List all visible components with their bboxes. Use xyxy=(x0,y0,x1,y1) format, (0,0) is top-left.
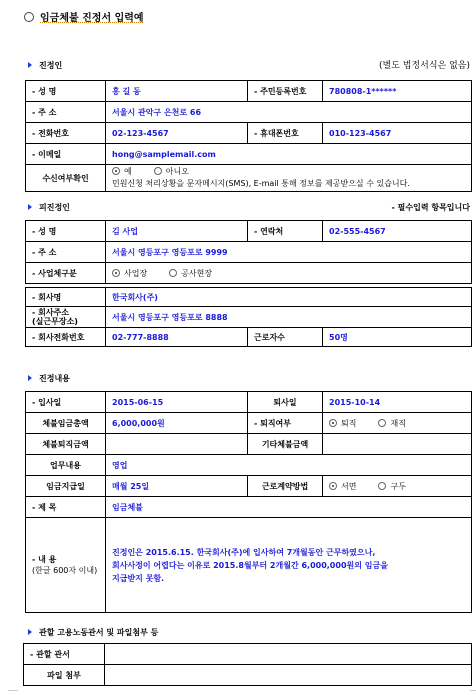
radio-checked-icon xyxy=(112,269,120,277)
hire-date-field[interactable]: 2015-06-15 xyxy=(106,392,248,413)
circle-bullet-icon xyxy=(24,12,34,22)
company-phone-label: - 회사전화번호 xyxy=(26,328,106,347)
unpaid-total-field[interactable]: 6,000,000원 xyxy=(106,413,248,434)
name-field[interactable]: 홍 길 동 xyxy=(106,81,248,102)
phone-field[interactable]: 02-123-4567 xyxy=(106,123,248,144)
other-unpaid-label: 기타체불금액 xyxy=(248,434,323,455)
content-field[interactable]: 진정인은 2015.6.15. 한국회사(주)에 입사하여 7개월동안 근무하였… xyxy=(106,518,472,613)
radio-unchecked-icon xyxy=(378,482,386,490)
section-details: 진정내용 xyxy=(28,373,70,384)
content-label: - 내 용(한글 600자 이내) xyxy=(26,518,106,613)
severance-field[interactable] xyxy=(106,434,248,455)
contract-label: 근로계약방법 xyxy=(248,476,323,497)
company-table: - 회사명 한국회사(주) - 회사주소(실근무장소) 서울시 영등포구 영등포… xyxy=(25,287,472,347)
resp-contact-label: - 연락처 xyxy=(248,221,323,242)
details-table: - 입사일 2015-06-15 퇴사일 2015-10-14 체불임금총액 6… xyxy=(25,391,472,613)
company-phone-field[interactable]: 02-777-8888 xyxy=(106,328,248,347)
leave-date-field[interactable]: 2015-10-14 xyxy=(323,392,472,413)
email-field[interactable]: hong@samplemail.com xyxy=(106,144,472,165)
rrn-field[interactable]: 780808-1****** xyxy=(323,81,472,102)
office-field[interactable] xyxy=(105,644,472,665)
radio-unchecked-icon xyxy=(154,167,162,175)
email-label: - 이메일 xyxy=(26,144,106,165)
office-label: - 관할 관서 xyxy=(24,644,105,665)
triangle-bullet-icon xyxy=(28,629,32,635)
workers-field[interactable]: 50명 xyxy=(323,328,472,347)
unpaid-total-label: 체불임금총액 xyxy=(26,413,106,434)
retired-yes-radio[interactable]: 퇴직 xyxy=(329,419,356,428)
office-table: - 관할 관서 파일 첨부 xyxy=(23,643,472,686)
radio-unchecked-icon xyxy=(169,269,177,277)
page-corner-mark xyxy=(8,690,18,695)
radio-checked-icon xyxy=(329,482,337,490)
company-address-label: - 회사주소(실근무장소) xyxy=(26,307,106,328)
page-corner-mark xyxy=(470,690,476,695)
subject-label: - 제 목 xyxy=(26,497,106,518)
resp-address-field[interactable]: 서울시 영등포구 영등포로 9999 xyxy=(106,242,472,263)
file-label: 파일 첨부 xyxy=(24,665,105,686)
rrn-label: - 주민등록번호 xyxy=(248,81,323,102)
payday-field[interactable]: 매월 25일 xyxy=(106,476,248,497)
contract-cell: 서면구두 xyxy=(323,476,472,497)
contract-written-radio[interactable]: 서면 xyxy=(329,482,356,491)
page-title: 임금체불 진정서 입력예 xyxy=(24,9,144,24)
retired-no-radio[interactable]: 재직 xyxy=(378,419,405,428)
mobile-label: - 휴대폰번호 xyxy=(248,123,323,144)
section-respondent: 피진정인 xyxy=(28,202,70,213)
contract-verbal-radio[interactable]: 구두 xyxy=(378,482,405,491)
section-office: 관할 고용노동관서 및 파일첨부 등 xyxy=(28,627,158,638)
payday-label: 임금지급일 xyxy=(26,476,106,497)
business-type-workplace-radio[interactable]: 사업장 xyxy=(112,269,147,278)
severance-label: 체불퇴직금액 xyxy=(26,434,106,455)
phone-label: - 전화번호 xyxy=(26,123,106,144)
subject-field[interactable]: 임금체불 xyxy=(106,497,472,518)
company-address-field[interactable]: 서울시 영등포구 영등포로 8888 xyxy=(106,307,472,328)
workers-label: 근로자수 xyxy=(248,328,323,347)
name-label: - 성 명 xyxy=(26,81,106,102)
retired-cell: 퇴직재직 xyxy=(323,413,472,434)
file-attach-field[interactable] xyxy=(105,665,472,686)
section-complainant: 진정인 xyxy=(28,60,62,71)
radio-checked-icon xyxy=(329,419,337,427)
company-label: - 회사명 xyxy=(26,288,106,307)
hire-date-label: - 입사일 xyxy=(26,392,106,413)
other-unpaid-field[interactable] xyxy=(323,434,472,455)
consent-yes-radio[interactable]: 예 xyxy=(112,167,132,176)
consent-no-radio[interactable]: 아니오 xyxy=(154,167,189,176)
resp-name-field[interactable]: 김 사업 xyxy=(106,221,248,242)
retired-label: - 퇴직여부 xyxy=(248,413,323,434)
business-type-cell: 사업장공사현장 xyxy=(106,263,472,284)
resp-name-label: - 성 명 xyxy=(26,221,106,242)
respondent-table: - 성 명 김 사업 - 연락처 02-555-4567 - 주 소 서울시 영… xyxy=(25,220,472,284)
job-field[interactable]: 영업 xyxy=(106,455,472,476)
leave-date-label: 퇴사일 xyxy=(248,392,323,413)
company-field[interactable]: 한국회사(주) xyxy=(106,288,472,307)
consent-description: 민원신청 처리상황을 문자메시지(SMS), E-mail 통해 정보를 제공받… xyxy=(112,179,410,188)
business-type-construction-radio[interactable]: 공사현장 xyxy=(169,269,212,278)
consent-label: 수신여부확인 xyxy=(26,165,106,192)
triangle-bullet-icon xyxy=(28,204,32,210)
job-label: 업무내용 xyxy=(26,455,106,476)
mobile-field[interactable]: 010-123-4567 xyxy=(323,123,472,144)
consent-cell: 예아니오 민원신청 처리상황을 문자메시지(SMS), E-mail 통해 정보… xyxy=(106,165,472,192)
required-note: - 필수입력 항목입니다 xyxy=(392,202,470,213)
address-field[interactable]: 서울시 관악구 은천로 66 xyxy=(106,102,472,123)
triangle-bullet-icon xyxy=(28,62,32,68)
radio-checked-icon xyxy=(112,167,120,175)
complainant-table: - 성 명 홍 길 동 - 주민등록번호 780808-1****** - 주 … xyxy=(25,80,472,192)
address-label: - 주 소 xyxy=(26,102,106,123)
radio-unchecked-icon xyxy=(378,419,386,427)
business-type-label: - 사업체구분 xyxy=(26,263,106,284)
resp-contact-field[interactable]: 02-555-4567 xyxy=(323,221,472,242)
complainant-note: (별도 법정서식은 없음) xyxy=(379,58,470,71)
resp-address-label: - 주 소 xyxy=(26,242,106,263)
triangle-bullet-icon xyxy=(28,375,32,381)
